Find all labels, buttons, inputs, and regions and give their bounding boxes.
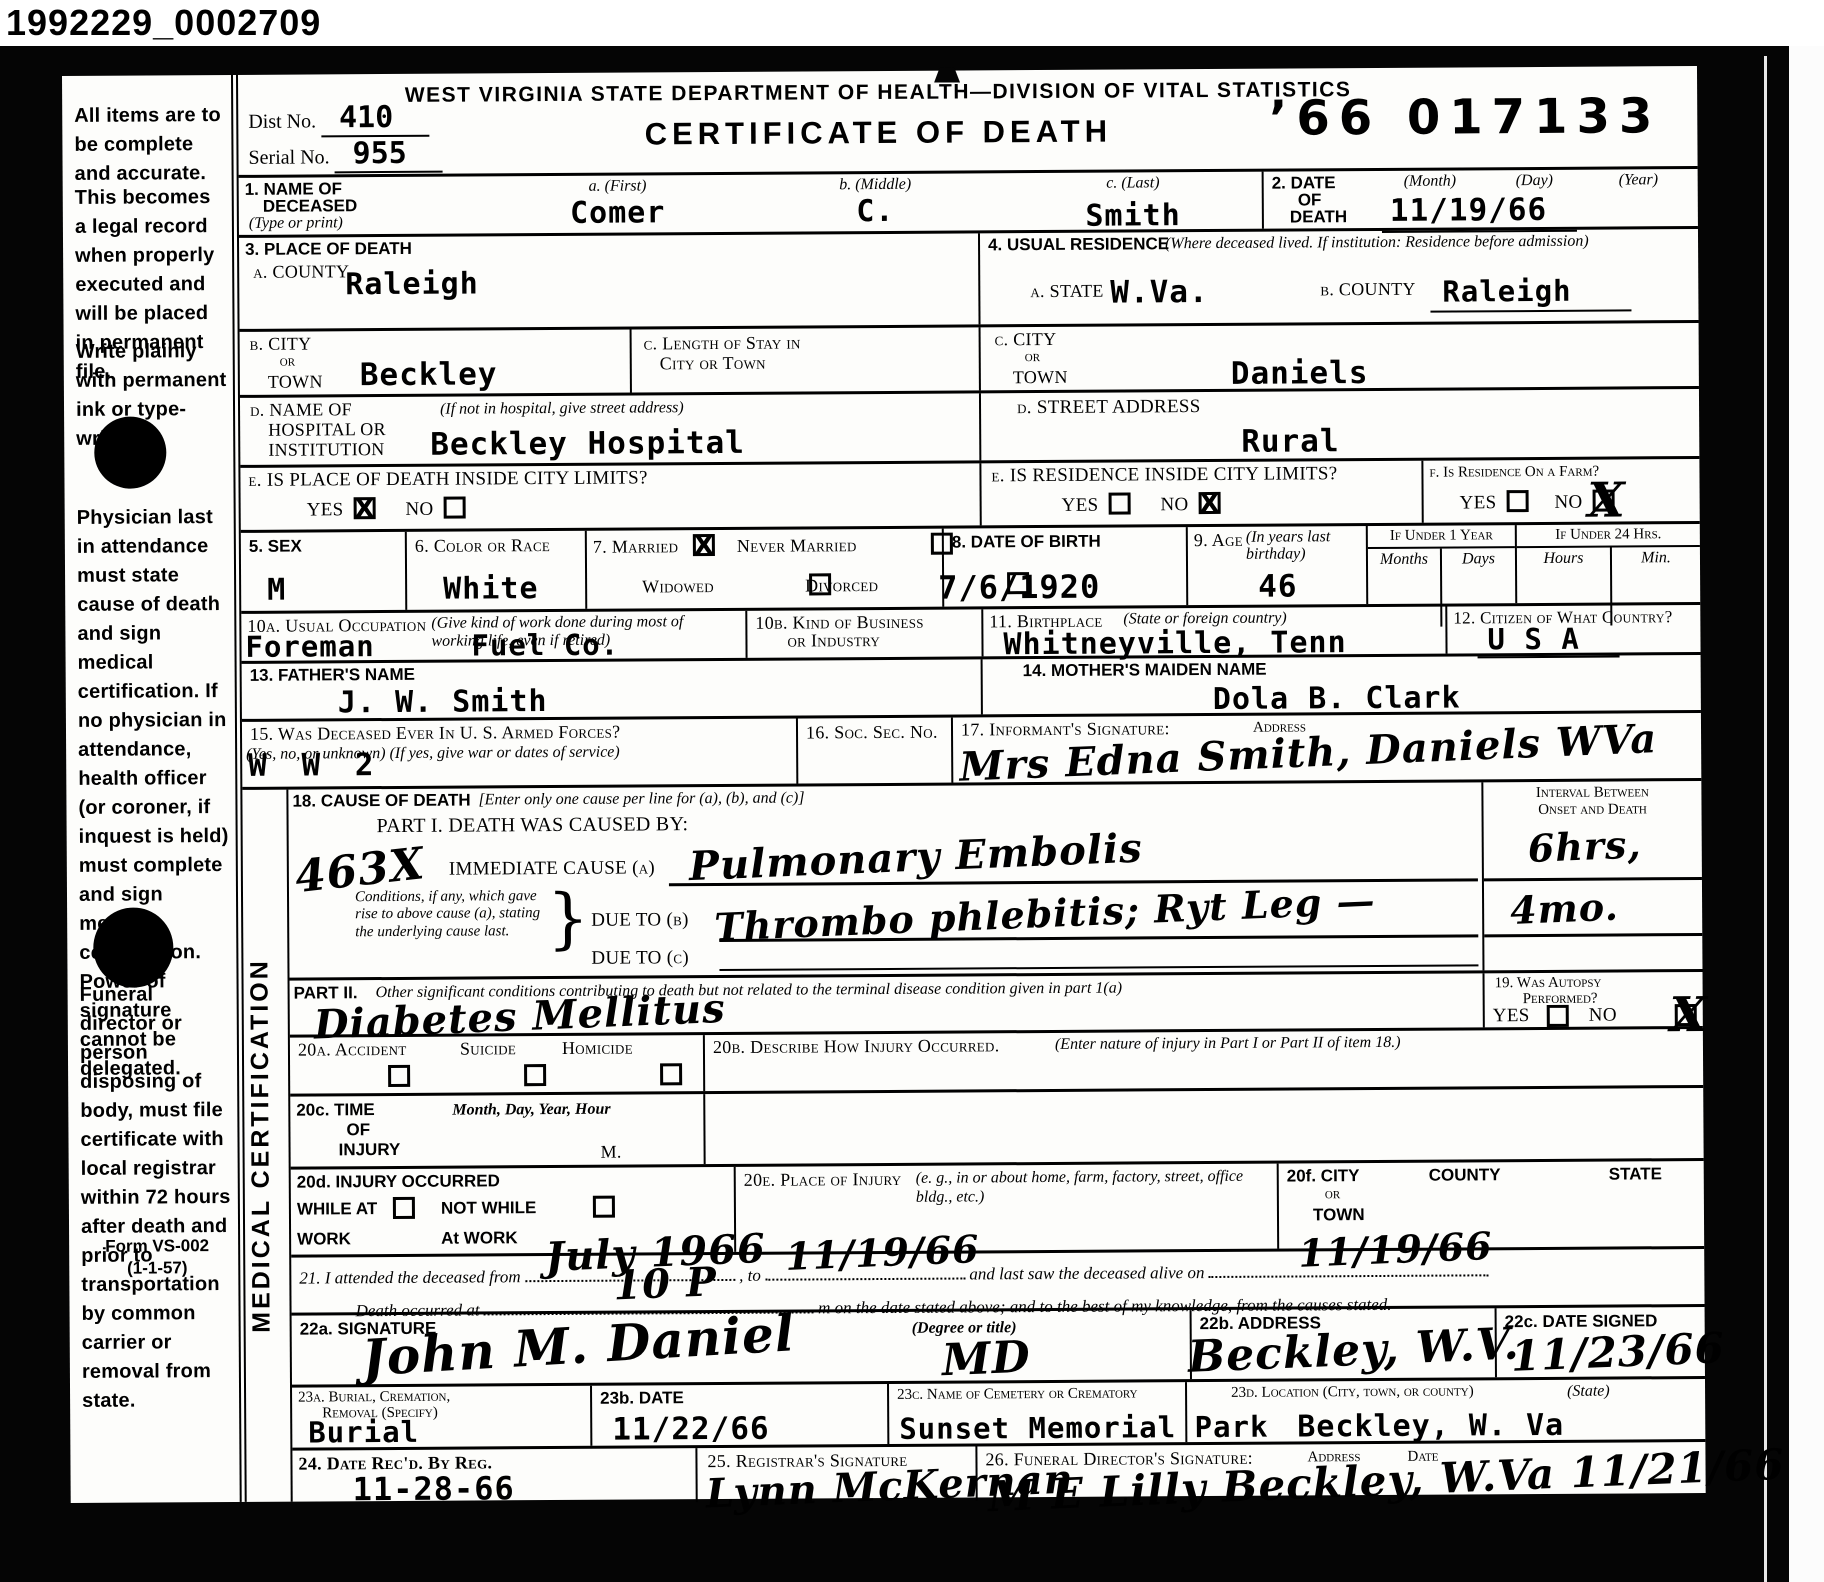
work-label: WORK <box>297 1229 351 1249</box>
burial-date-label: 23b. DATE <box>600 1388 684 1409</box>
at-work-label: At WORK <box>441 1228 518 1248</box>
injury-description-sublabel: (Enter nature of injury in Part I or Par… <box>1055 1034 1401 1054</box>
residence-state-value: W.Va. <box>1110 274 1209 311</box>
mother-cell: 14. MOTHER'S MAIDEN NAME Dola B. Clark <box>981 655 1701 714</box>
accident-checkbox <box>388 1065 410 1087</box>
under1-label: If Under 1 Year <box>1368 525 1515 549</box>
medical-certification-strip: MEDICAL CERTIFICATION <box>242 790 292 1502</box>
ssn-cell: 16. Soc. Sec. No. <box>796 718 951 784</box>
name-sublabel: (Type or print) <box>249 214 343 233</box>
injury-occurred-label: 20d. INJURY OCCURRED <box>297 1171 500 1192</box>
farm-no-mark: X <box>1587 472 1625 528</box>
suicide-checkbox <box>524 1064 546 1086</box>
toi-label2: OF <box>346 1120 370 1140</box>
scan-backdrop: All items are to be complete and accurat… <box>0 46 1824 1582</box>
burial-location-label: 23d. Location (City, town, or county) <box>1231 1383 1474 1401</box>
autopsy-no-label: NO <box>1589 1005 1617 1027</box>
pod-city-limits-cell: e. IS PLACE OF DEATH INSIDE CITY LIMITS?… <box>240 463 979 530</box>
middle-name-label: b. (Middle) <box>746 173 1004 195</box>
due-to-c-label: DUE TO (c) <box>591 947 689 970</box>
armed-forces-label: 15. Was Deceased Ever In U. S. Armed For… <box>250 722 620 745</box>
street-address-cell: d. STREET ADDRESS Rural <box>979 389 1699 460</box>
cause-bracket-note: [Enter only one cause per line for (a), … <box>478 789 804 809</box>
instruction-paragraph: Funeral director or person disposing of … <box>80 980 235 1416</box>
row-accident: 20a. Accident Suicide Homicide 20b. Desc… <box>290 1026 1703 1094</box>
armed-forces-value: W W 2 <box>248 747 382 784</box>
scan-edge-line <box>1764 56 1767 1582</box>
row-time-of-injury: 20c. TIME OF INJURY Month, Day, Year, Ho… <box>290 1085 1703 1167</box>
residence-city-or: or <box>1025 349 1040 366</box>
toi-empty-cell <box>703 1088 1703 1164</box>
burial-type-cell: 23a. Burial, Cremation, Removal (Specify… <box>292 1386 590 1448</box>
row-name: 1. NAME OF DECEASED (Type or print) a. (… <box>239 166 1698 235</box>
attended-text3: and last saw the deceased alive on <box>969 1263 1204 1283</box>
scanned-page: 1992229_0002709 All items are to be comp… <box>0 0 1824 1582</box>
farm-yes-checkbox <box>1506 490 1528 512</box>
length-of-stay-cell: c. Length of Stay in City or Town <box>630 327 979 392</box>
date-of-birth-cell: 8. DATE OF BIRTH 7/6/1920 <box>942 527 1186 606</box>
dob-value: 7/6/1920 <box>938 568 1100 607</box>
certificate-form: Dist No. 410 Serial No. 955 WEST VIRGINI… <box>238 66 1706 1502</box>
row-part2: PART II. Other significant conditions co… <box>290 969 1703 1035</box>
length-of-stay-label2: City or Town <box>660 353 766 375</box>
hospital-label2: HOSPITAL OR <box>268 419 386 441</box>
medical-certification-section: MEDICAL CERTIFICATION 18. CAUSE OF DEATH… <box>242 778 1705 1502</box>
physician-address-cell: 22b. ADDRESS Beckley, W.V. <box>1190 1308 1495 1379</box>
place-of-death-label: 3. PLACE OF DEATH <box>245 239 412 260</box>
farm-no-checkbox: X <box>1592 490 1614 512</box>
pod-limits-no-checkbox <box>443 497 465 519</box>
dod-year-label: (Year) <box>1619 171 1659 189</box>
accident-label: 20a. Accident <box>298 1039 407 1061</box>
hospital-cell: d. NAME OF HOSPITAL OR INSTITUTION (If n… <box>240 393 979 465</box>
toi-label1: 20c. TIME <box>296 1100 375 1120</box>
street-address-value: Rural <box>1241 423 1340 460</box>
name-label-cell: 1. NAME OF DECEASED (Type or print) <box>239 176 489 235</box>
interval-b-value: 4mo. <box>1509 884 1619 933</box>
usual-residence-sublabel: (Where deceased lived. If institution: R… <box>1165 232 1685 253</box>
alive-on-value: 11/19/66 <box>1298 1223 1494 1276</box>
residence-city-cell: c. CITY or TOWN Daniels <box>979 323 1699 390</box>
pod-county-label: a. COUNTY <box>253 261 349 283</box>
injury-town-label: TOWN <box>1313 1205 1365 1225</box>
serial-no-label: Serial No. <box>248 146 329 168</box>
race-value: White <box>443 571 539 607</box>
birthplace-cell: 11. Birthplace (State or foreign country… <box>981 607 1445 657</box>
autopsy-yes-checkbox <box>1547 1005 1569 1027</box>
toi-label3: INJURY <box>339 1140 401 1160</box>
residence-county-value: Raleigh <box>1430 273 1631 312</box>
age-value: 46 <box>1258 568 1298 604</box>
res-limits-label: e. IS RESIDENCE INSIDE CITY LIMITS? <box>991 463 1337 487</box>
married-checkbox: X <box>693 534 715 556</box>
certificate-title: CERTIFICATE OF DEATH <box>388 112 1368 154</box>
age-cell: 9. Age (In years last birthday) 46 <box>1186 526 1366 605</box>
instruction-paragraph: All items are to be complete and accurat… <box>74 101 227 189</box>
accident-cell: 20a. Accident Suicide Homicide <box>290 1035 703 1094</box>
row-physician: 22a. SIGNATURE John M. Daniel (Degree or… <box>292 1304 1705 1385</box>
part1-label: PART I. DEATH WAS CAUSED BY: <box>377 813 689 838</box>
hospital-sublabel: (If not in hospital, give street address… <box>440 399 684 418</box>
divorced-label: Divorced <box>805 575 878 596</box>
middle-name-field: b. (Middle) C. <box>746 173 1004 232</box>
pod-county-value: Raleigh <box>345 266 479 302</box>
cause-label: 18. CAUSE OF DEATH <box>292 791 470 812</box>
cemetery-cell: 23c. Name of Cemetery or Crematory Sunse… <box>887 1382 1185 1444</box>
injury-city-label: 20f. CITY <box>1287 1166 1360 1186</box>
autopsy-yes-label: YES <box>1493 1005 1530 1027</box>
row-hospital: d. NAME OF HOSPITAL OR INSTITUTION (If n… <box>240 386 1699 465</box>
interval-cell: Interval Between Onset and Death 6hrs, 4… <box>1481 781 1702 970</box>
name-parts-cell: a. (First) Comer b. (Middle) C. c. (Last… <box>489 172 1262 234</box>
farm-yes-label: YES <box>1460 492 1497 513</box>
part2-cell: PART II. Other significant conditions co… <box>290 973 1483 1034</box>
residence-city-value: Daniels <box>1231 355 1369 392</box>
row-city-limits: e. IS PLACE OF DEATH INSIDE CITY LIMITS?… <box>240 456 1699 530</box>
sex-label: 5. SEX <box>249 537 302 557</box>
interval-line2 <box>1484 933 1702 937</box>
injury-city-or: or <box>1325 1186 1340 1203</box>
pod-limits-no-label: NO <box>405 499 433 520</box>
physician-signature-value: John M. Daniel <box>360 1303 796 1387</box>
res-limits-yes-label: YES <box>1062 495 1099 516</box>
row-county: 3. PLACE OF DEATH a. COUNTY Raleigh 4. U… <box>239 226 1699 329</box>
dod-month-label: (Month) <box>1404 172 1457 190</box>
burial-value: Burial <box>308 1415 419 1450</box>
funeral-director-cell: 26. Funeral Director's Signature: Addres… <box>975 1442 1705 1500</box>
autopsy-no-checkbox: X <box>1675 1004 1697 1026</box>
cause-of-death-cell: 18. CAUSE OF DEATH [Enter only one cause… <box>288 782 1482 977</box>
interval-line1 <box>1484 877 1702 881</box>
father-label: 13. FATHER'S NAME <box>250 665 415 686</box>
race-label: 6. Color or Race <box>415 535 550 557</box>
first-name-value: Comer <box>489 195 747 232</box>
pod-town-label: TOWN <box>268 371 323 392</box>
occupation-cell: 10a. Usual Occupation (Give kind of work… <box>241 611 745 661</box>
residence-city-limits-cell: e. IS RESIDENCE INSIDE CITY LIMITS? YES … <box>979 461 1421 526</box>
residence-state-label: a. STATE <box>1030 281 1103 302</box>
scan-id-title: 1992229_0002709 <box>6 2 321 44</box>
length-of-stay-label: c. Length of Stay in <box>644 332 801 354</box>
res-limits-no-label: NO <box>1160 494 1188 515</box>
not-while-work-checkbox <box>593 1196 615 1218</box>
row-registrar: 24. Date Rec'd. By Reg. 11-28-66 25. Reg… <box>292 1439 1705 1505</box>
injury-state-label: STATE <box>1609 1164 1662 1184</box>
brace-glyph: } <box>547 880 589 957</box>
dist-no-label: Dist No. <box>248 110 316 132</box>
instructions-column: All items are to be complete and accurat… <box>62 75 247 1503</box>
informant-cell: 17. Informant's Signature: Address Mrs E… <box>951 713 1701 783</box>
occupation-value: Foreman <box>245 629 374 664</box>
pod-limits-yes-mark: X <box>354 494 374 524</box>
residence-county-label: b. COUNTY <box>1320 279 1416 301</box>
immediate-cause-label: IMMEDIATE CAUSE (a) <box>449 857 655 880</box>
res-limits-no-checkbox: X <box>1198 492 1220 514</box>
interval-label1: Interval Between <box>1483 781 1701 802</box>
death-time-value: 10 P <box>613 1258 719 1309</box>
dod-day-label: (Day) <box>1516 172 1553 190</box>
interval-label2: Onset and Death <box>1483 801 1701 819</box>
residence-farm-cell: f. Is Residence On a Farm? YES NO X <box>1421 459 1699 523</box>
residence-city-label: c. CITY <box>995 329 1057 350</box>
business-kind-label2: or Industry <box>787 630 880 652</box>
burial-location-state-label: (State) <box>1567 1383 1610 1401</box>
hospital-value: Beckley Hospital <box>430 425 745 463</box>
while-at-work-checkbox <box>393 1197 415 1219</box>
pod-city-value: Beckley <box>360 356 498 393</box>
pod-city-cell: b. CITY or TOWN Beckley <box>240 330 630 395</box>
pod-limits-label: e. IS PLACE OF DEATH INSIDE CITY LIMITS? <box>248 467 647 491</box>
injury-description-cell: 20b. Describe How Injury Occurred. (Ente… <box>703 1029 1703 1091</box>
first-name-field: a. (First) Comer <box>489 175 747 234</box>
place-of-death-cell: 3. PLACE OF DEATH a. COUNTY Raleigh <box>239 233 979 329</box>
row-attended: 21. I attended the deceased from July 19… <box>291 1246 1704 1313</box>
age-sublabel: (In years last birthday) <box>1246 529 1366 563</box>
row-burial: 23a. Burial, Cremation, Removal (Specify… <box>292 1376 1705 1448</box>
under24-label: If Under 24 Hrs. <box>1517 524 1700 548</box>
farm-label: f. Is Residence On a Farm? <box>1429 464 1599 482</box>
cause-c-line <box>719 964 1478 971</box>
sex-cell: 5. SEX M <box>241 532 405 611</box>
burial-date-cell: 23b. DATE 11/22/66 <box>590 1384 887 1446</box>
row-cause-of-death: 18. CAUSE OF DEATH [Enter only one cause… <box>288 781 1702 978</box>
row-sex-race: 5. SEX M 6. Color or Race White 7. Marri… <box>241 521 1700 611</box>
usual-residence-cell: 4. USUAL RESIDENCE (Where deceased lived… <box>978 229 1699 324</box>
autopsy-cell: 19. Was Autopsy Performed? YES NO X <box>1483 972 1703 1027</box>
homicide-checkbox <box>660 1063 682 1085</box>
due-to-b-label: DUE TO (b) <box>591 909 689 932</box>
under-24hrs-cell: If Under 24 Hrs. Hours Min. <box>1515 524 1700 603</box>
dob-label: 8. DATE OF BIRTH <box>952 532 1101 553</box>
father-cell: 13. FATHER'S NAME J. W. Smith <box>242 659 981 719</box>
sex-value: M <box>267 573 286 608</box>
ssn-label: 16. Soc. Sec. No. <box>806 722 938 744</box>
form-number: Form VS-002 (1-1-57) <box>69 1235 245 1280</box>
attended-to-line: 11/19/66 <box>765 1260 965 1281</box>
dod-label3: DEATH <box>1290 207 1347 227</box>
street-address-label: d. STREET ADDRESS <box>1017 396 1201 419</box>
not-while-label: NOT WHILE <box>441 1198 537 1219</box>
hospital-label: d. NAME OF <box>250 399 352 421</box>
medical-certification-label: MEDICAL CERTIFICATION <box>244 790 290 1502</box>
hospital-label3: INSTITUTION <box>268 439 384 461</box>
form-number-text: Form VS-002 <box>105 1236 209 1256</box>
last-name-label: c. (Last) <box>1004 172 1262 194</box>
conditions-note: Conditions, if any, which gave rise to a… <box>355 888 550 941</box>
place-of-injury-sublabel: (e. g., in or about home, farm, factory,… <box>916 1167 1266 1208</box>
row-forces-informant: 15. Was Deceased Ever In U. S. Armed For… <box>242 710 1701 787</box>
burial-location-cell: 23d. Location (City, town, or county) (S… <box>1185 1379 1705 1442</box>
date-signed-cell: 22c. DATE SIGNED 11/23/66 <box>1495 1307 1705 1377</box>
time-of-injury-cell: 20c. TIME OF INJURY Month, Day, Year, Ho… <box>290 1094 703 1167</box>
burial-date-value: 11/22/66 <box>612 1411 770 1448</box>
while-at-label: WHILE AT <box>297 1199 377 1219</box>
physician-signature-cell: 22a. SIGNATURE John M. Daniel (Degree or… <box>292 1310 1190 1384</box>
autopsy-label1: 19. Was Autopsy <box>1495 975 1602 993</box>
injury-description-label: 20b. Describe How Injury Occurred. <box>713 1035 1000 1058</box>
age-label: 9. Age <box>1194 530 1243 551</box>
mother-label: 14. MOTHER'S MAIDEN NAME <box>1023 660 1267 681</box>
place-of-injury-label: 20e. Place of Injury <box>744 1169 902 1191</box>
last-name-field: c. (Last) Smith <box>1004 172 1262 231</box>
row-occupation: 10a. Usual Occupation (Give kind of work… <box>241 602 1700 661</box>
middle-name-value: C. <box>746 193 1004 230</box>
father-value: J. W. Smith <box>338 684 548 720</box>
pod-limits-yes-checkbox: X <box>353 497 375 519</box>
farm-no-label: NO <box>1554 492 1582 513</box>
form-revision-text: (1-1-57) <box>127 1258 188 1277</box>
toi-sublabel: Month, Day, Year, Hour <box>452 1101 610 1120</box>
under-1-year-cell: If Under 1 Year Months Days <box>1366 525 1515 604</box>
business-name-value: Fuel Co. <box>471 628 619 663</box>
degree-value: MD <box>941 1332 1032 1387</box>
date-received-value: 11-28-66 <box>353 1469 515 1508</box>
date-received-cell: 24. Date Rec'd. By Reg. 11-28-66 <box>292 1448 695 1504</box>
registrar-signature-cell: 25. Registrar's Signature Lynn McKernan <box>695 1446 975 1502</box>
armed-forces-cell: 15. Was Deceased Ever In U. S. Armed For… <box>242 719 796 787</box>
married-label: 7. Married <box>593 536 679 558</box>
scan-edge-strip <box>1789 46 1824 1582</box>
married-mark: X <box>694 531 714 561</box>
first-name-label: a. (First) <box>489 175 747 197</box>
punch-hole <box>93 907 173 987</box>
res-limits-yes-checkbox <box>1108 492 1130 514</box>
res-limits-no-mark: X <box>1199 489 1219 519</box>
certificate-number-stamp: ’66 017133 <box>1269 88 1661 146</box>
form-header: Dist No. 410 Serial No. 955 WEST VIRGINI… <box>238 66 1698 175</box>
business-kind-cell: 10b. Kind of Business or Industry <box>745 609 981 657</box>
department-heading: WEST VIRGINIA STATE DEPARTMENT OF HEALTH… <box>388 78 1368 108</box>
row-city: b. CITY or TOWN Beckley c. Length of Sta… <box>240 320 1699 395</box>
alive-on-line: 11/19/66 <box>1209 1256 1489 1278</box>
suicide-label: Suicide <box>460 1038 516 1059</box>
marital-status-cell: 7. Married X Never Married Widowed Divor… <box>585 529 942 609</box>
attended-text1: 21. I attended the deceased from <box>299 1267 520 1287</box>
homicide-label: Homicide <box>562 1038 633 1059</box>
injury-county-label: COUNTY <box>1429 1165 1501 1185</box>
date-signed-value: 11/23/66 <box>1510 1323 1726 1381</box>
widowed-label: Widowed <box>642 576 714 597</box>
row-parents: 13. FATHER'S NAME J. W. Smith 14. MOTHER… <box>242 652 1701 719</box>
race-cell: 6. Color or Race White <box>405 531 585 610</box>
attended-to-value: 11/19/66 <box>784 1226 980 1279</box>
date-of-death-cell: 2. DATE OF DEATH (Month) (Day) (Year) 11… <box>1262 169 1698 229</box>
usual-residence-label: 4. USUAL RESIDENCE <box>988 234 1169 255</box>
cemetery-label: 23c. Name of Cemetery or Crematory <box>897 1385 1138 1403</box>
death-certificate-document: All items are to be complete and accurat… <box>62 66 1706 1503</box>
interval-a-value: 6hrs, <box>1527 821 1642 871</box>
burial-location-value: Beckley, W. Va <box>1297 1408 1564 1445</box>
pod-city-label: b. CITY <box>250 333 312 354</box>
pod-limits-yes-label: YES <box>307 499 344 520</box>
toi-m-label: M. <box>601 1142 622 1163</box>
never-married-label: Never Married <box>737 535 857 557</box>
pod-city-or: or <box>280 354 295 371</box>
punch-hole <box>94 416 166 488</box>
residence-town-label: TOWN <box>1013 367 1068 388</box>
citizen-cell: 12. Citizen of What Country? U S A <box>1445 605 1700 654</box>
